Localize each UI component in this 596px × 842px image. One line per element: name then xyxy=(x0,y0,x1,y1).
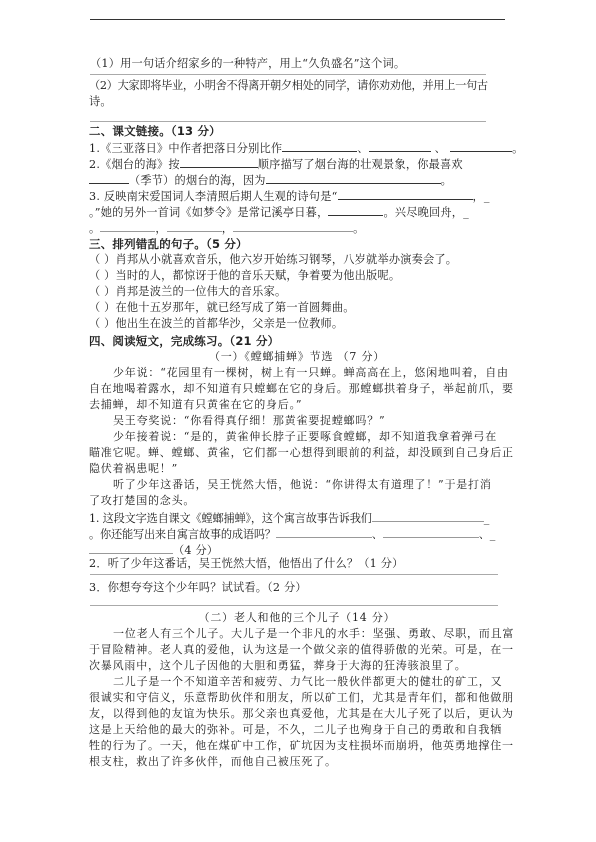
section-3-heading: 三、排列错乱的句子。（5 分） xyxy=(89,237,248,251)
passage-1-line: 少年说：“花园里有一棵树，树上有一只蝉。蝉高高在上，悠闲地叫着，自由 xyxy=(113,366,509,380)
separator: 、 xyxy=(435,142,446,155)
sentence-item[interactable]: （ ）肖邦从小就喜欢音乐，他六岁开始练习钢琴，八岁就举办演奏会了。 xyxy=(89,253,457,267)
blank-idiom-3[interactable] xyxy=(89,542,173,554)
passage-1-line: 隐伏着祸患呢！” xyxy=(89,462,178,476)
section-2-q2-line2: （季节）的烟台的海，因为。 xyxy=(89,172,452,188)
underscore: _ xyxy=(484,512,489,525)
blank-idiom-2[interactable] xyxy=(383,526,479,538)
sentence-item[interactable]: （ ）当时的人，都惊讶于他的音乐天赋，争着要为他出版呢。 xyxy=(89,269,400,283)
reading-q1-text2: 。你还能写出来自寓言故事的成语吗？ xyxy=(89,528,276,541)
separator: 、 xyxy=(372,528,383,541)
blank-season[interactable] xyxy=(89,172,129,184)
comma: ， xyxy=(155,222,166,235)
q3-line2-a: 。”她的另外一首词《如梦令》是常记溪亭日暮， xyxy=(89,206,328,219)
section-2-q1: 1.《三亚落日》中作者把落日分别比作、、。 xyxy=(89,140,523,156)
blank-moral[interactable] xyxy=(372,510,484,522)
passage-1-line: 少年接着说：“是的，黄雀伸长脖子正要啄食螳螂，却不知道我拿着弹弓在 xyxy=(113,430,497,444)
answer-line-1-1[interactable] xyxy=(90,74,486,75)
answer-line-reading-q2[interactable] xyxy=(90,574,498,575)
blank-sunset-2[interactable] xyxy=(369,140,431,152)
top-rule xyxy=(90,19,505,20)
sentence-item[interactable]: （ ）肖邦是波兰的一位伟大的音乐家。 xyxy=(89,285,286,299)
question-1-2-line1: （2）大家即将毕业，小明舍不得离开朝夕相处的同学，请你劝劝他，并用上一句古 xyxy=(89,79,488,93)
passage-2-line: 牲的行为了。一天，他在煤矿中工作，矿坑因为支柱损坏而崩坍，他英勇地撑住一 xyxy=(89,739,514,753)
q2-prefix: 2.《烟台的海》按 xyxy=(89,158,180,171)
passage-2-line: 于冒险精神。老人真的爱他，认为这是一个做父亲的值得骄傲的光荣。可是，在一 xyxy=(89,643,514,657)
blank-idiom-1[interactable] xyxy=(276,526,372,538)
reading-q1-line3: （4 分） xyxy=(89,542,218,558)
blank-reason[interactable] xyxy=(266,172,441,184)
section-2-heading: 二、课文链接。（13 分） xyxy=(89,124,221,138)
passage-2-line: 这是上天给他的最大的弥补。可是，不久，二儿子也殉身于自己的勇敢和自我牺 xyxy=(89,723,502,737)
q3-line2-b: 。兴尽晚回舟，_ xyxy=(383,206,469,219)
section-2-q3-line3: 。，，。 xyxy=(89,220,365,236)
blank-poem-3[interactable] xyxy=(100,220,155,232)
period: 。 xyxy=(512,142,523,155)
q3-end1: ，_ xyxy=(473,190,490,203)
reading-q2: 2．听了少年这番话，吴王恍然大悟，他悟出了什么？（1 分） xyxy=(89,557,403,571)
q2-line2-mid: （季节）的烟台的海，因为 xyxy=(129,174,266,187)
section-2-q3-line1: 3. 反映南宋爱国词人李清照后期人生观的诗句是“，_ xyxy=(89,188,490,204)
answer-line-1-2[interactable] xyxy=(90,121,486,122)
passage-1-line: 瞄准它呢。蝉、螳螂、黄雀，它们都一心想得到眼前的利益，却没顾到自己身后正 xyxy=(89,446,514,460)
comma: ， xyxy=(222,222,233,235)
answer-line-reading-q3[interactable] xyxy=(90,605,498,606)
blank-poem-2[interactable] xyxy=(328,204,383,216)
blank-poem-5[interactable] xyxy=(233,220,353,232)
section-4-heading: 四、阅读短文，完成练习。（21 分） xyxy=(89,334,279,348)
passage-2-line: 一位老人有三个儿子。大儿子是一个非凡的水手：坚强、勇敢、尽职，而且富 xyxy=(113,627,514,641)
period: 。 xyxy=(89,222,100,235)
passage-1-line: 听了少年这番话，吴王恍然大悟，他说：“你讲得太有道理了！”于是打消 xyxy=(113,478,492,492)
passage-1-line: 自在地喝着露水，却不知道有只螳螂在它的身后。那螳螂拱着身子，举起前爪，要 xyxy=(89,382,514,396)
q2-mid: 顺序描写了烟台海的壮观景象，你最喜欢 xyxy=(258,158,463,171)
passage-2-line: 次暴风雨中，这个儿子因他的大胆和勇猛，葬身于大海的狂涛骇浪里了。 xyxy=(89,659,467,673)
passage-1-line: 去捕蝉，却不知道有只黄雀在它的身后。” xyxy=(89,398,302,412)
passage-1-title: （一）《螳螂捕蝉》节选 （7 分） xyxy=(89,350,505,364)
reading-q3: 3．你想夸夸这个少年吗？试试看。（2 分） xyxy=(89,581,307,595)
passage-2-title: （二）老人和他的三个儿子（14 分） xyxy=(89,611,505,625)
blank-poem-4[interactable] xyxy=(167,220,222,232)
sentence-item[interactable]: （ ）他出生在波兰的首都华沙，父亲是一位教师。 xyxy=(89,317,343,331)
reading-q1-text: 1. 这段文字选自课文《螳螂捕蝉》，这个寓言故事告诉我们 xyxy=(89,512,372,525)
separator: 、 xyxy=(357,142,368,155)
separator: 、_ xyxy=(479,528,495,541)
question-1-2-line2: 诗。 xyxy=(89,95,112,109)
period: 。 xyxy=(353,222,364,235)
sentence-item[interactable]: （ ）在他十五岁那年，就已经写成了第一首圆舞曲。 xyxy=(89,301,355,315)
reading-q1-line1: 1. 这段文字选自课文《螳螂捕蝉》，这个寓言故事告诉我们_ xyxy=(89,510,489,526)
passage-2-line: 二儿子是一个不知道辛苦和疲劳、力气比一般伙伴都更大的健壮的矿工，又 xyxy=(113,675,502,689)
passage-1-line: 了攻打楚国的念头。 xyxy=(89,494,195,508)
passage-2-line: 友，以得到他的友谊为快乐。那父亲也真爱他，尤其是在大儿子死了以后，更认为 xyxy=(89,707,514,721)
q1-prefix: 1.《三亚落日》中作者把落日分别比作 xyxy=(89,142,282,155)
question-1-1: （1）用一句话介绍家乡的一种特产，用上“久负盛名”这个词。 xyxy=(90,57,405,71)
q3-prefix: 3. 反映南宋爱国词人李清照后期人生观的诗句是“ xyxy=(89,190,338,203)
passage-2-line: 很诚实和守信义，乐意帮助伙伴和朋友，所以矿工们，尤其是青年们，都和他做朋 xyxy=(89,691,514,705)
period: 。 xyxy=(441,174,452,187)
blank-poem-1[interactable] xyxy=(338,188,473,200)
section-2-q2-line1: 2.《烟台的海》按顺序描写了烟台海的壮观景象，你最喜欢 xyxy=(89,156,463,172)
section-2-q3-line2: 。”她的另外一首词《如梦令》是常记溪亭日暮，。兴尽晚回舟，_ xyxy=(89,204,469,220)
passage-1-line: 吴王夸奖说：“你看得真仔细！那黄雀要捉螳螂吗？” xyxy=(113,414,385,428)
reading-q1-line2: 。你还能写出来自寓言故事的成语吗？、、_ xyxy=(89,526,495,542)
blank-sunset-3[interactable] xyxy=(450,140,512,152)
score: （4 分） xyxy=(173,544,218,557)
blank-order[interactable] xyxy=(180,156,258,168)
blank-sunset-1[interactable] xyxy=(282,140,357,152)
passage-2-line: 根支柱，救出了许多伙伴，而他自己被压死了。 xyxy=(89,755,337,769)
